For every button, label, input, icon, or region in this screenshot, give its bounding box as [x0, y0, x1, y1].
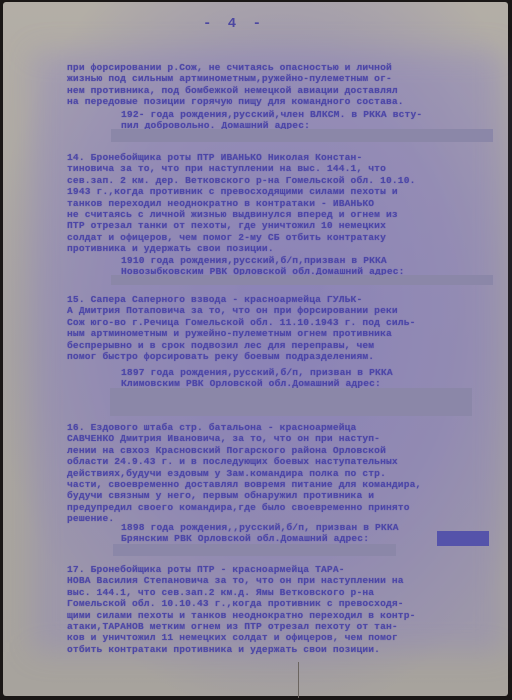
redaction-3 [110, 388, 472, 416]
redaction-2 [111, 275, 493, 285]
text-block-bio-3: 1897 года рождения,русский,б/п, призван … [121, 367, 393, 390]
text-block-entry-14: 14. Бронебойщика роты ПТР ИВАНЬКО Никола… [67, 152, 416, 255]
text-block-entry-17: 17. Бронебойщика роты ПТР - красноармейц… [67, 564, 416, 655]
page-number: - 4 - [203, 16, 265, 32]
redaction-4 [113, 544, 396, 556]
redaction-5 [437, 531, 489, 546]
paper-crease [298, 662, 299, 698]
text-block-entry-15: 15. Сапера Саперного взвода - красноарме… [67, 294, 416, 362]
text-block-entry-16: 16. Ездового штаба стр. батальона - крас… [67, 422, 421, 525]
text-block-bio-4: 1898 года рождения,,русский,б/п, призван… [121, 522, 399, 545]
text-block-intro: при форсировании р.Сож, не считаясь опас… [67, 62, 404, 108]
document-page: - 4 - при форсировании р.Сож, не считаяс… [3, 2, 508, 696]
redaction-1 [111, 129, 493, 142]
